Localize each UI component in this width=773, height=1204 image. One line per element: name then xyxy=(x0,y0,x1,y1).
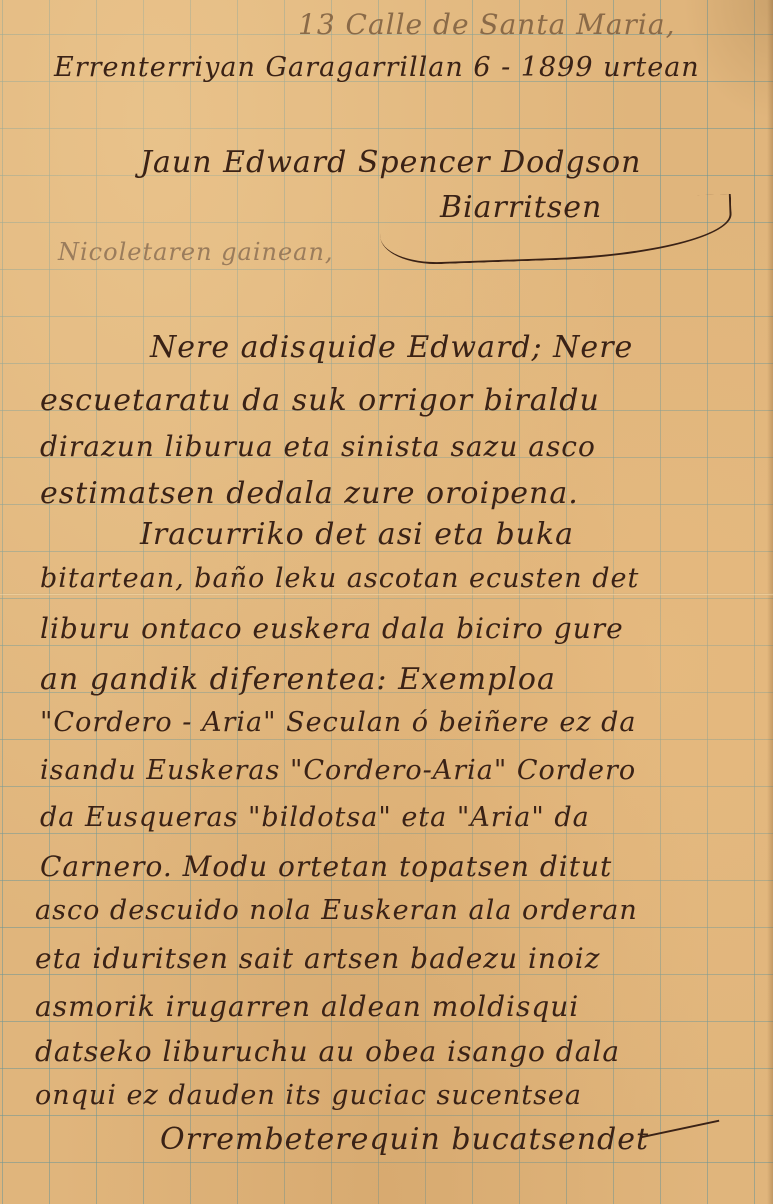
body-line: asco descuido nola Euskeran ala orderan xyxy=(35,895,638,926)
body-line: isandu Euskeras "Cordero-Aria" Cordero xyxy=(40,755,636,786)
body-line: da Eusqueras "bildotsa" eta "Aria" da xyxy=(40,802,590,833)
body-line: liburu ontaco euskera dala biciro gure xyxy=(40,612,624,645)
closing-flourish xyxy=(641,1120,720,1139)
letter-page: 13 Calle de Santa Maria, Errenterriyan G… xyxy=(0,0,773,1204)
closing-line: Orrembeterequin bucatsendet xyxy=(160,1122,649,1157)
body-line: datseko liburuchu au obea isango dala xyxy=(35,1035,620,1068)
body-line: eta iduritsen sait artsen badezu inoiz xyxy=(35,942,601,975)
paper-edge xyxy=(767,0,773,1204)
body-line: escuetaratu da suk orrigor biraldu xyxy=(40,383,600,418)
sender-address: 13 Calle de Santa Maria, xyxy=(298,8,675,41)
body-line: Nere adisquide Edward; Nere xyxy=(150,330,633,365)
body-line: dirazun liburua eta sinista sazu asco xyxy=(40,430,596,463)
body-line: estimatsen dedala zure oroipena. xyxy=(40,476,579,511)
recipient-flourish xyxy=(379,194,733,266)
body-line: onqui ez dauden its guciac sucentsea xyxy=(35,1080,582,1111)
recipient-name: Jaun Edward Spencer Dodgson xyxy=(140,145,641,180)
body-line: bitartean, baño leku ascotan ecusten det xyxy=(40,563,639,594)
body-line: an gandik diferentea: Exemploa xyxy=(40,662,556,697)
place-and-date: Errenterriyan Garagarrillan 6 - 1899 urt… xyxy=(54,52,700,83)
pencil-annotation: Nicoletaren gainean, xyxy=(58,238,334,266)
body-line: Carnero. Modu ortetan topatsen ditut xyxy=(40,850,612,883)
body-line: Iracurriko det asi eta buka xyxy=(140,517,574,552)
body-line: asmorik irugarren aldean moldisqui xyxy=(35,990,579,1023)
body-line: "Cordero - Aria" Seculan ó beiñere ez da xyxy=(40,707,637,738)
